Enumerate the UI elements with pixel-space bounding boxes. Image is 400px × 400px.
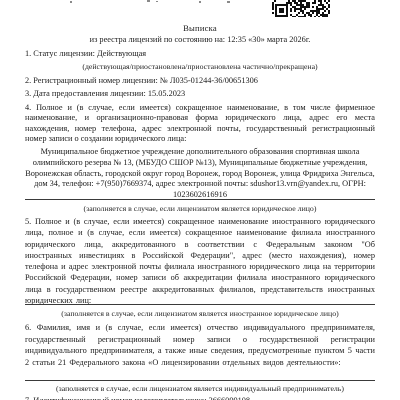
section6-paragraph: 6. Фамилия, имя и (в случае, если имеетс… [25, 322, 375, 368]
section5-paragraph: 5. Полное и (в случае, если имеется) сок… [25, 216, 375, 306]
cut-text-remnant [70, 1, 72, 3]
cut-text-remnant [199, 1, 201, 3]
section4-paragraph: 4. Полное и (в случае, если имеется) сок… [25, 103, 375, 145]
legal-entity-note: (заполняется в случае, если лицензиатом … [0, 204, 400, 213]
document-title: Выписка [0, 23, 400, 33]
cut-text-remnant [156, 1, 158, 2]
licensee-details-block: Муниципальное бюджетное учреждение допол… [25, 147, 375, 201]
cut-text-remnant [147, 0, 150, 2]
document-subtitle: из реестра лицензий по состоянию на: 12:… [0, 35, 400, 44]
license-extract-page: Выписка из реестра лицензий по состоянию… [0, 0, 400, 400]
grant-date-line: 3. Дата предоставления лицензии: 15.05.2… [25, 89, 375, 99]
status-line: 1. Статус лицензии: Действующая [25, 49, 375, 59]
fill-in-rule-legal-entity [25, 199, 375, 200]
qr-code-icon [272, 0, 330, 17]
fill-in-rule-entrepreneur [25, 380, 375, 381]
cut-text-remnant [227, 1, 230, 3]
foreign-entity-note: (заполняется в случае, если лицензиатом … [0, 309, 400, 318]
inn-line: 7. Идентификационный номер налогоплатель… [25, 396, 375, 400]
entrepreneur-note: (заполняется в случае, если лицензиатом … [0, 384, 400, 393]
status-options-note: (действующая/приостановлена/приостановле… [0, 62, 400, 71]
registration-number-line: 2. Регистрационный номер лицензии: № Л03… [25, 76, 375, 86]
fill-in-rule-foreign-entity [25, 304, 375, 305]
